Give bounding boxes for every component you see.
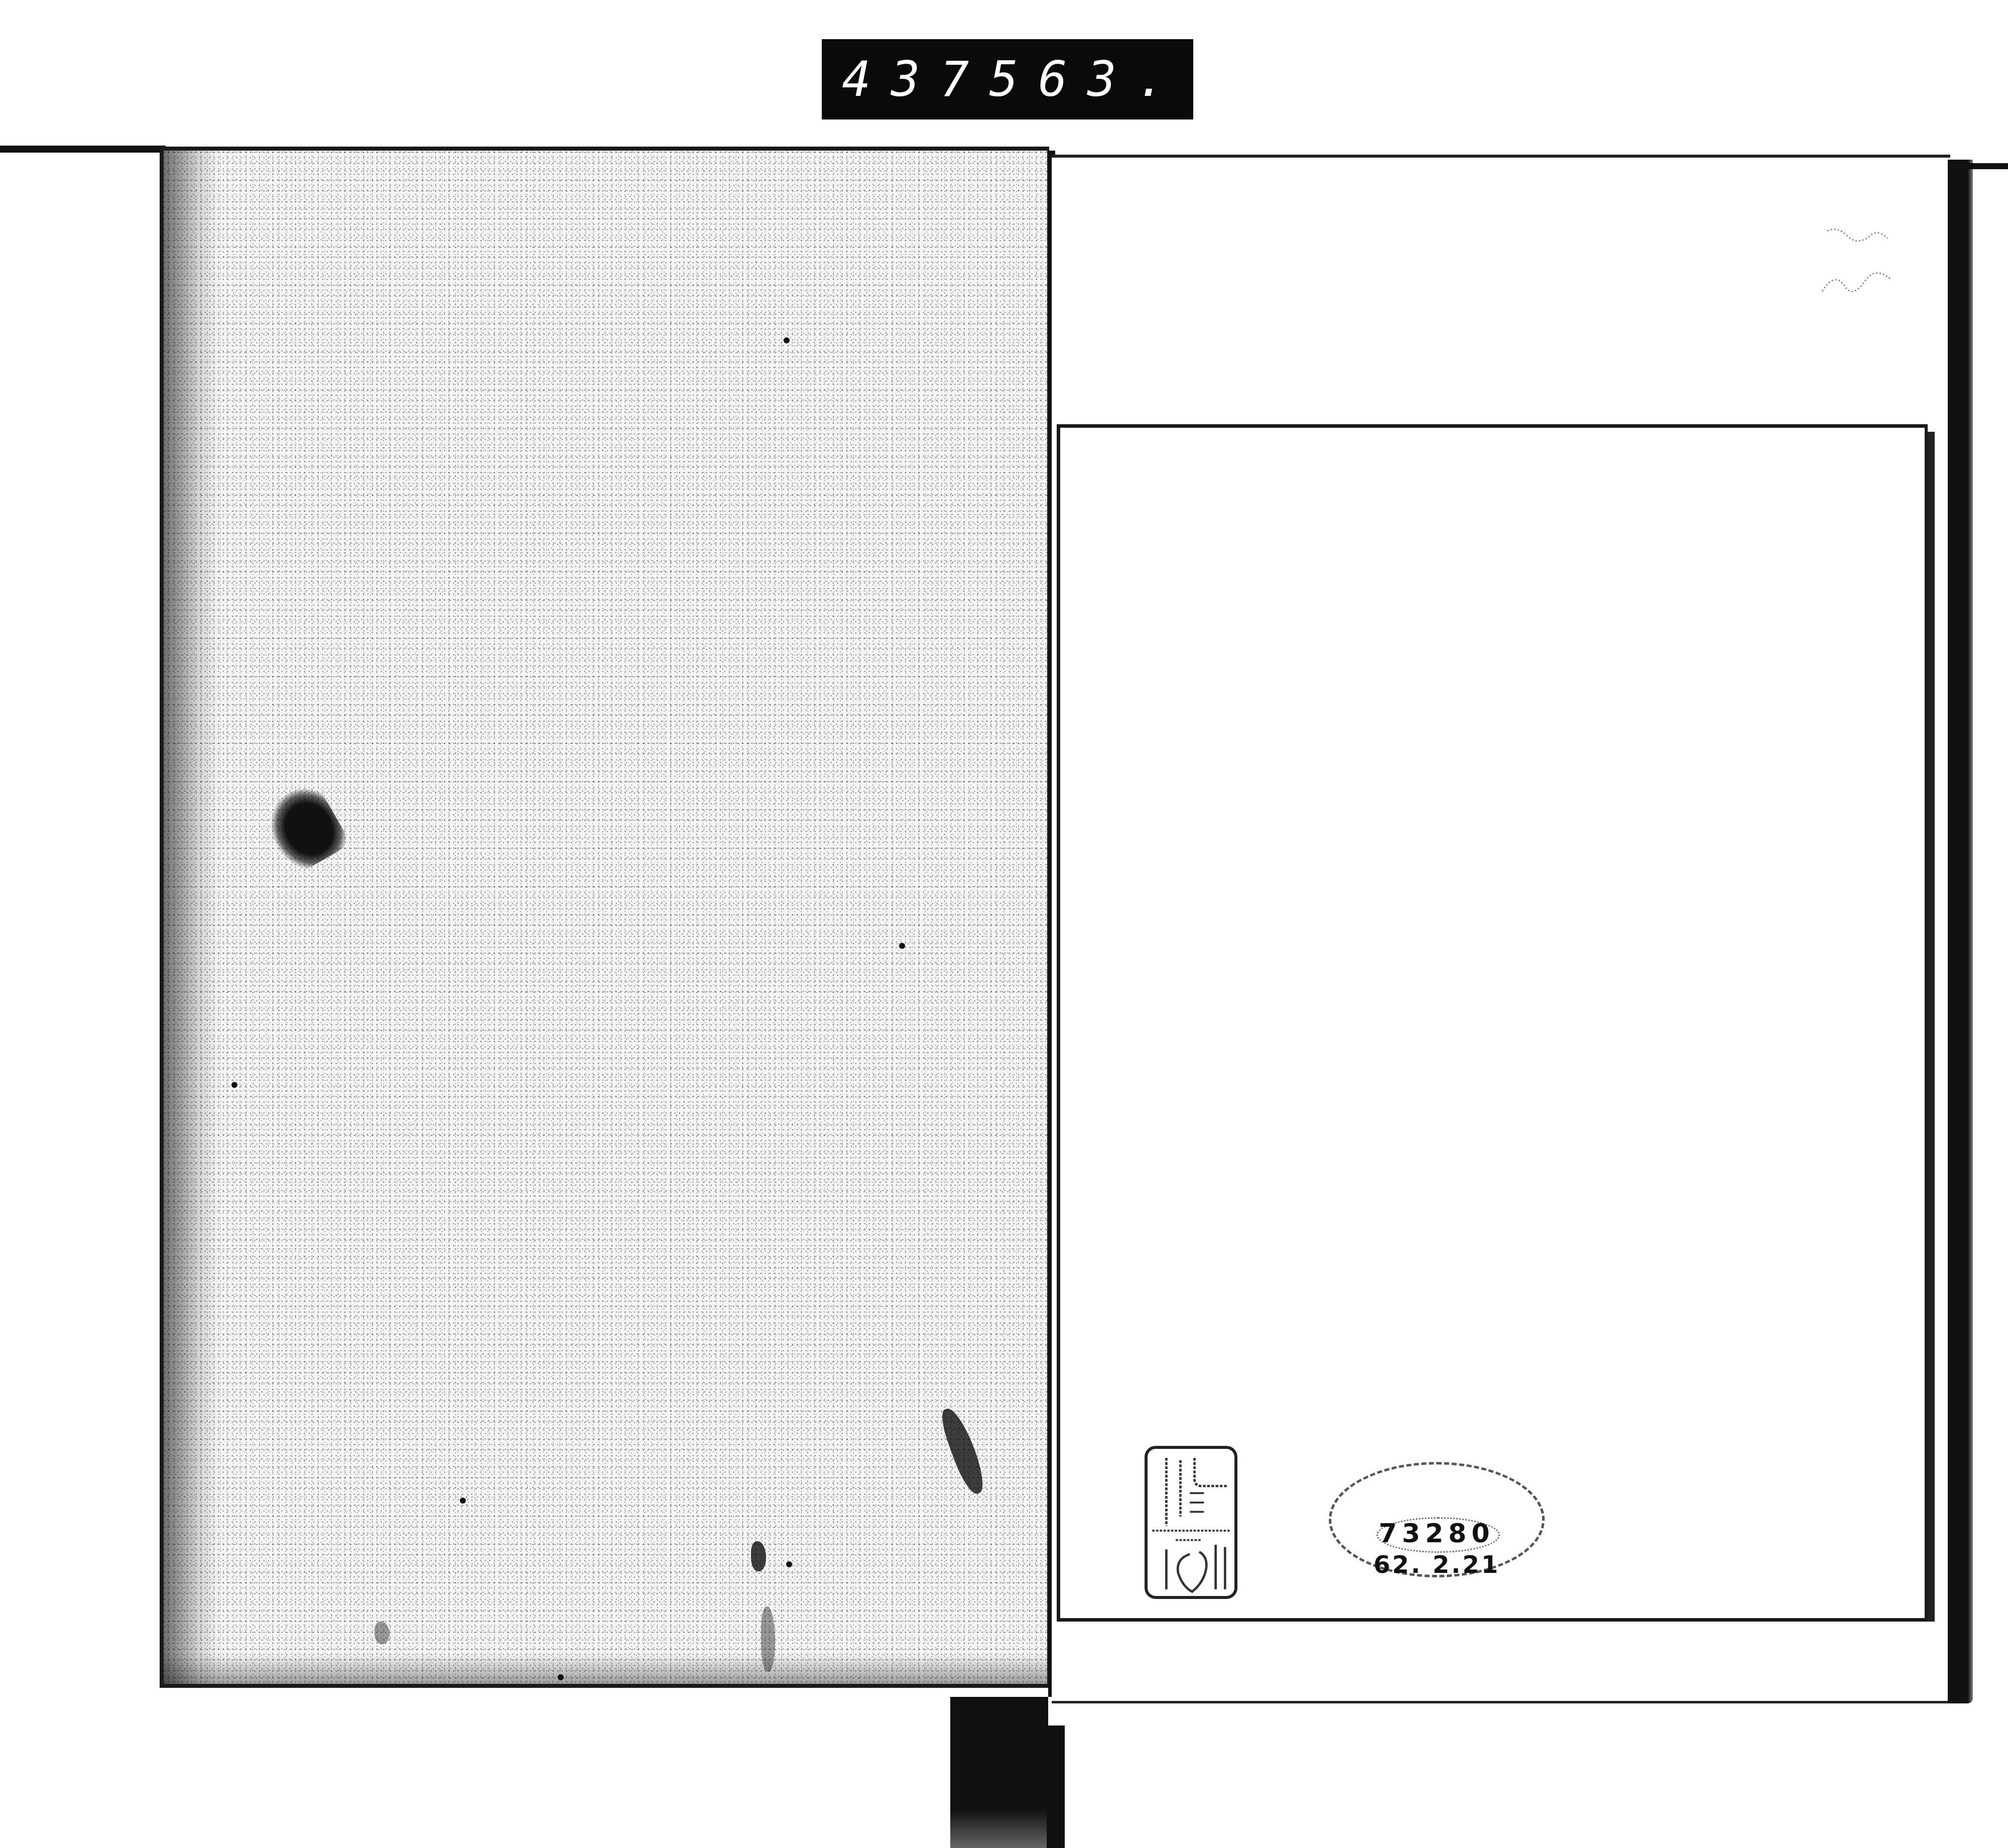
- frame-label-left-number: 437: [842, 51, 989, 107]
- gutter-shadow-block: [950, 1697, 1048, 1848]
- right-page-edge-shadow: [1948, 160, 1973, 1703]
- right-inner-sheet-edge: [1928, 432, 1935, 1622]
- ink-dot: [786, 1561, 792, 1567]
- left-page-bottom-shadow: [164, 1654, 1047, 1684]
- ink-dot: [558, 1674, 564, 1680]
- ink-smudge: [751, 1541, 766, 1571]
- ink-dot: [899, 943, 905, 949]
- ink-dot: [784, 337, 790, 343]
- frame-label-right-number: 563.: [989, 51, 1185, 107]
- gutter-shadow-strip: [1047, 1726, 1065, 1848]
- ink-blot: [257, 779, 351, 877]
- right-inner-sheet: 73280 62. 2.21: [1057, 424, 1928, 1622]
- ink-dot: [231, 1082, 237, 1088]
- left-page-edge-shadow: [164, 151, 219, 1684]
- ink-smudge: [374, 1622, 390, 1644]
- library-seal-date: 62. 2.21: [1331, 1551, 1542, 1579]
- library-seal: 73280 62. 2.21: [1329, 1462, 1545, 1577]
- ink-smudge: [761, 1607, 775, 1672]
- ink-dot: [460, 1498, 466, 1504]
- frame-label: 437 563.: [822, 39, 1193, 119]
- square-seal: [1145, 1446, 1237, 1599]
- faint-handwriting-mark: [1812, 211, 1903, 326]
- library-seal-number: 73280: [1331, 1519, 1542, 1549]
- top-rule-left: [0, 146, 166, 153]
- left-page: [160, 147, 1049, 1688]
- square-red-seal-icon: [1148, 1449, 1234, 1596]
- ink-smudge: [937, 1405, 989, 1498]
